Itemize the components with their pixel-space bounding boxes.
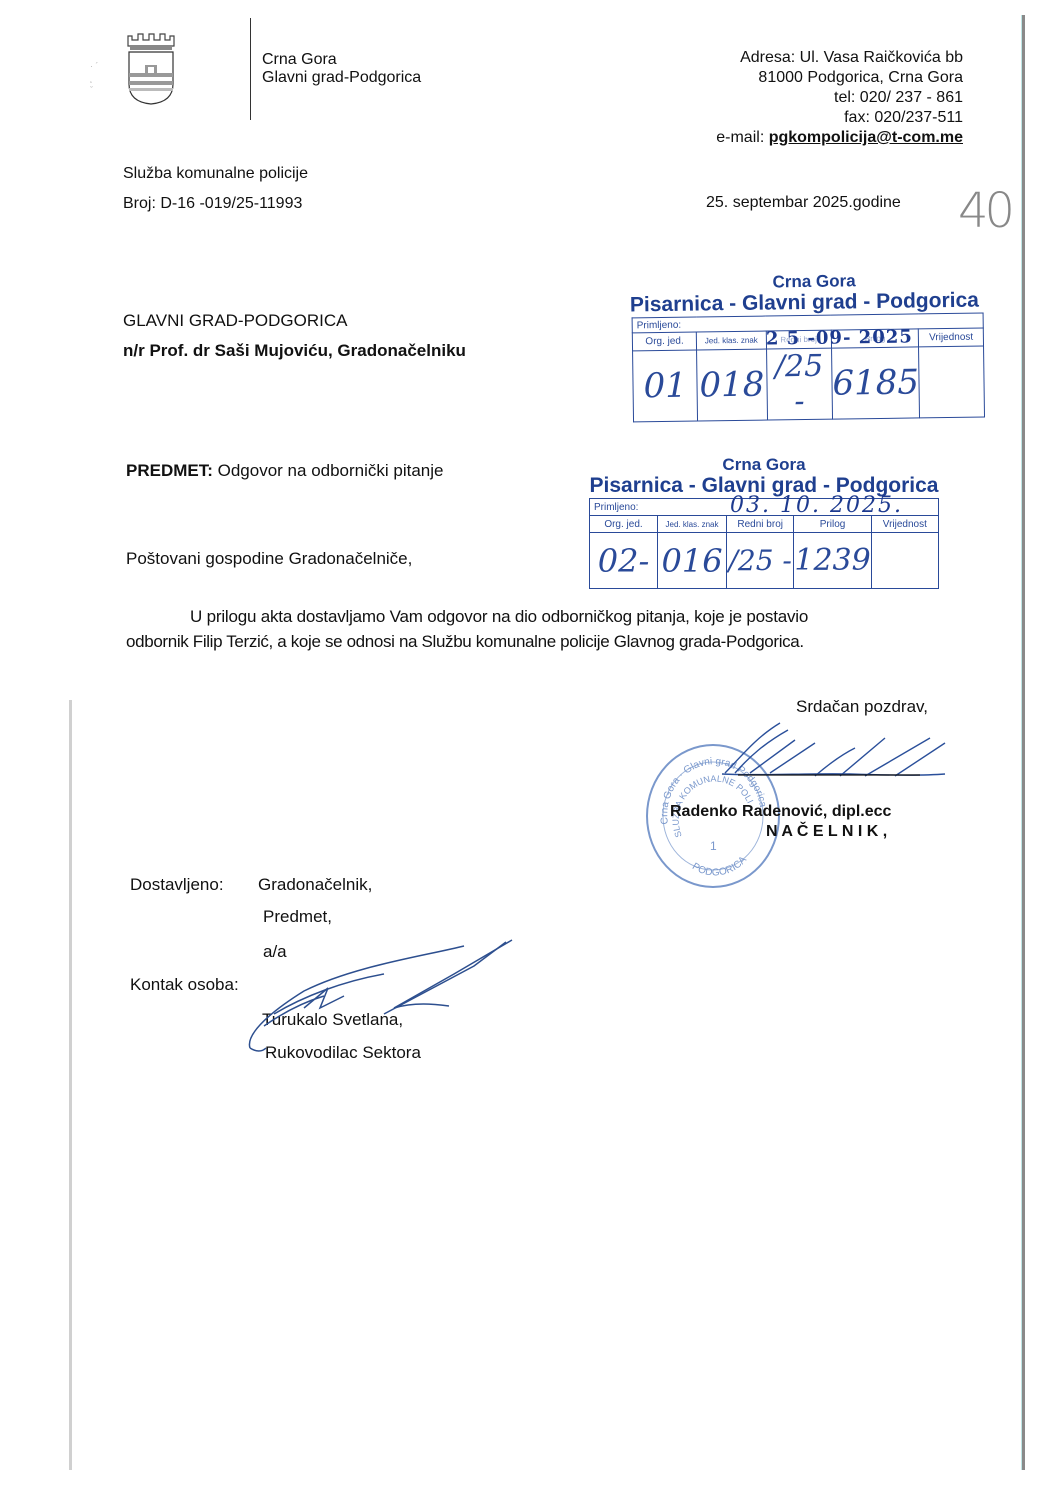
col-prilog: Prilog (794, 516, 871, 533)
value-vrijednost (871, 533, 938, 589)
letterhead-country: Crna Gora (262, 50, 337, 70)
received-label: Primljeno: (594, 502, 638, 513)
received-date: 03. 10. 2025. (730, 493, 903, 518)
distribution-item: Predmet, (263, 906, 332, 927)
email-link[interactable]: pgkompolicija@t-com.me (769, 129, 963, 146)
value-org-jed: 02- (590, 533, 658, 589)
subject-text: Odgovor na odbornički pitanje (213, 461, 444, 480)
value-prilog: 1239 (794, 533, 871, 589)
scan-edge-right (1021, 15, 1025, 1470)
value-klas-znak: 018 (697, 349, 767, 421)
scan-edge-left (69, 700, 72, 1470)
col-org-jed: Org. jed. (590, 516, 658, 533)
coat-of-arms-icon (122, 28, 178, 104)
body-line2: odbornik Filip Terzić, a koje se odnosi … (126, 631, 976, 652)
email-line: e-mail: pgkompolicija@t-com.me (643, 128, 963, 148)
email-label: e-mail: (716, 129, 768, 146)
contact-person-signature (244, 936, 524, 1056)
value-vrijednost (919, 346, 985, 418)
page-mark: 40 (958, 186, 1011, 236)
stamp-header1: Crna Gora (586, 455, 942, 474)
director-signature (720, 718, 980, 788)
letterhead-divider (250, 18, 251, 120)
registry-stamp-1: Crna Gora Pisarnica - Glavni grad - Podg… (621, 269, 989, 422)
received-date: 2 5 -09- 2025 (766, 326, 913, 349)
value-redni-broj: /25 - (766, 348, 832, 420)
scan-specks: · ´˛ˇ (90, 60, 110, 100)
recipient-line1: GLAVNI GRAD-PODGORICA (123, 310, 348, 331)
col-vrijednost: Vrijednost (871, 516, 938, 533)
signatory-title: N A Č E L N I K , (766, 822, 887, 842)
value-prilog: 6185 (831, 347, 920, 419)
svg-text:PODGORICA: PODGORICA (690, 854, 749, 878)
subject-line: PREDMET: Odgovor na odbornički pitanje (126, 460, 444, 481)
reference-number: Broj: D-16 -019/25-11993 (123, 194, 302, 214)
fax-number: fax: 020/237-511 (643, 108, 963, 128)
recipient-line2: n/r Prof. dr Saši Mujoviću, Gradonačelni… (123, 340, 466, 361)
value-klas-znak: 016 (658, 533, 727, 589)
address-line2: 81000 Podgorica, Crna Gora (643, 68, 963, 88)
contact-person-label: Kontak osoba: (130, 974, 239, 995)
col-vrijednost: Vrijednost (919, 328, 984, 347)
department-name: Služba komunalne policije (123, 164, 308, 184)
distribution-item: Gradonačelnik, (258, 874, 372, 895)
received-label: Primljeno: (637, 319, 682, 331)
col-klas-znak: Jed. klas. znak (697, 331, 766, 350)
address-line1: Adresa: Ul. Vasa Raičkovića bb (643, 48, 963, 68)
seal-number: 1 (710, 839, 717, 853)
col-redni-broj: Redni broj (727, 516, 794, 533)
contact-block: Adresa: Ul. Vasa Raičkovića bb 81000 Pod… (643, 48, 963, 148)
signatory-name: Radenko Radenović, dipl.ecc (670, 802, 891, 822)
body-line1: U prilogu akta dostavljamo Vam odgovor n… (190, 606, 970, 627)
letterhead-city: Glavni grad-Podgorica (262, 68, 421, 88)
phone-number: tel: 020/ 237 - 861 (643, 88, 963, 108)
value-org-jed: 01 (633, 350, 698, 422)
col-org-jed: Org. jed. (632, 332, 697, 351)
subject-label: PREDMET: (126, 461, 213, 480)
stamp-header2: Pisarnica - Glavni grad - Podgorica (621, 288, 987, 317)
col-klas-znak: Jed. klas. znak (658, 516, 727, 533)
distribution-label: Dostavljeno: (130, 874, 224, 895)
closing: Srdačan pozdrav, (796, 696, 928, 717)
salutation: Poštovani gospodine Gradonačelniče, (126, 548, 412, 569)
registry-stamp-2: Crna Gora Pisarnica - Glavni grad - Podg… (586, 455, 942, 589)
letter-date: 25. septembar 2025.godine (706, 193, 901, 213)
value-redni-broj: /25 - (727, 533, 794, 589)
seal-bottom-text: PODGORICA (690, 854, 749, 878)
